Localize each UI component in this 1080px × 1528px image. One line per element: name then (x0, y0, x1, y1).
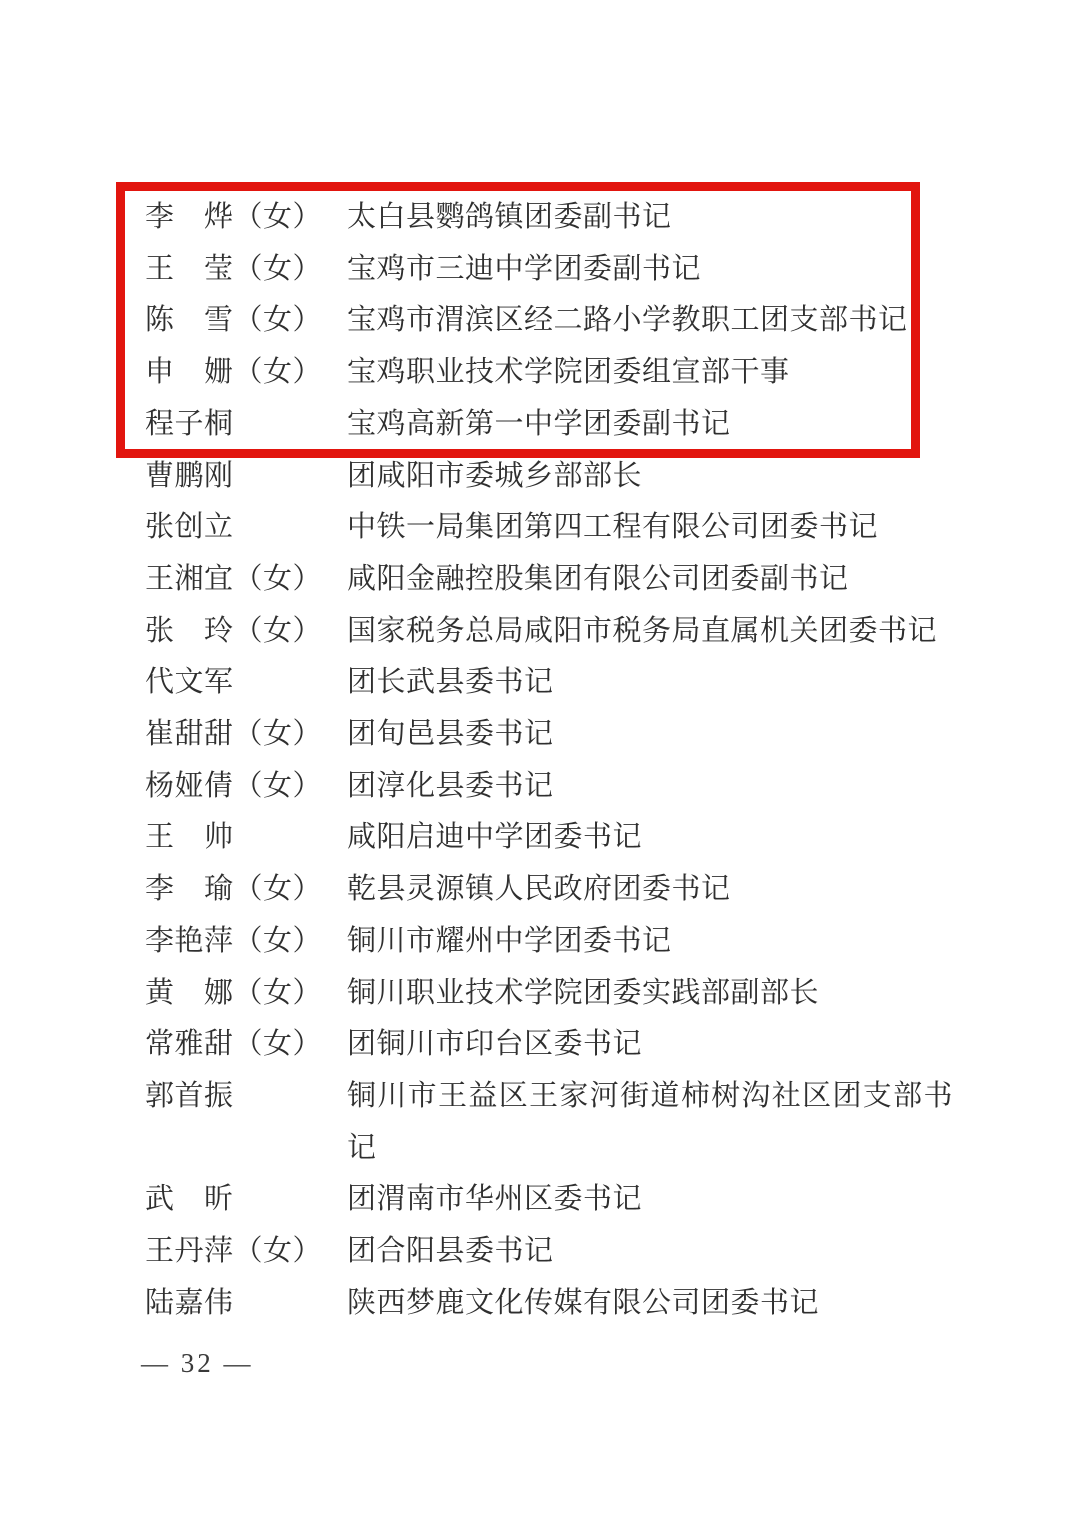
list-row: 王 莹（女） 宝鸡市三迪中学团委副书记 (145, 244, 960, 296)
person-position: 团长武县委书记 (347, 657, 953, 709)
person-name: 代文军 (145, 657, 347, 709)
list-row: 王湘宜（女） 咸阳金融控股集团有限公司团委副书记 (145, 554, 960, 606)
list-row: 程子桐 宝鸡高新第一中学团委副书记 (145, 399, 960, 451)
person-position: 咸阳金融控股集团有限公司团委副书记 (347, 554, 953, 606)
list-row: 陆嘉伟 陕西梦鹿文化传媒有限公司团委书记 (145, 1278, 960, 1330)
list-row: 黄 娜（女） 铜川职业技术学院团委实践部副部长 (145, 968, 960, 1020)
person-name: 王 帅 (145, 812, 347, 864)
person-position: 铜川市王益区王家河街道柿树沟社区团支部书记 (347, 1071, 953, 1174)
person-position: 铜川市耀州中学团委书记 (347, 916, 953, 968)
person-name: 常雅甜（女） (145, 1019, 347, 1071)
person-position: 陕西梦鹿文化传媒有限公司团委书记 (347, 1278, 953, 1330)
person-name: 王 莹（女） (145, 244, 347, 296)
list-row: 杨娅倩（女） 团淳化县委书记 (145, 761, 960, 813)
person-name: 陈 雪（女） (145, 295, 347, 347)
person-position: 团合阳县委书记 (347, 1226, 953, 1278)
list-row: 王 帅 咸阳启迪中学团委书记 (145, 812, 960, 864)
person-position: 国家税务总局咸阳市税务局直属机关团委书记 (347, 606, 953, 658)
document-page: 李 烨（女） 太白县鹦鸽镇团委副书记 王 莹（女） 宝鸡市三迪中学团委副书记 陈… (0, 0, 1080, 1528)
person-position: 中铁一局集团第四工程有限公司团委书记 (347, 502, 953, 554)
person-position: 团铜川市印台区委书记 (347, 1019, 953, 1071)
name-position-list: 李 烨（女） 太白县鹦鸽镇团委副书记 王 莹（女） 宝鸡市三迪中学团委副书记 陈… (145, 192, 960, 1329)
person-position: 团咸阳市委城乡部部长 (347, 451, 953, 503)
list-row: 陈 雪（女） 宝鸡市渭滨区经二路小学教职工团支部书记 (145, 295, 960, 347)
person-name: 杨娅倩（女） (145, 761, 347, 813)
person-position: 团旬邑县委书记 (347, 709, 953, 761)
person-position: 乾县灵源镇人民政府团委书记 (347, 864, 953, 916)
person-name: 李 烨（女） (145, 192, 347, 244)
list-row: 代文军 团长武县委书记 (145, 657, 960, 709)
list-row: 常雅甜（女） 团铜川市印台区委书记 (145, 1019, 960, 1071)
person-position: 宝鸡市渭滨区经二路小学教职工团支部书记 (347, 295, 953, 347)
person-position: 铜川职业技术学院团委实践部副部长 (347, 968, 953, 1020)
person-position: 团渭南市华州区委书记 (347, 1174, 953, 1226)
person-position: 宝鸡市三迪中学团委副书记 (347, 244, 953, 296)
person-name: 李 瑜（女） (145, 864, 347, 916)
person-name: 崔甜甜（女） (145, 709, 347, 761)
list-row: 李 烨（女） 太白县鹦鸽镇团委副书记 (145, 192, 960, 244)
person-name: 曹鹏刚 (145, 451, 347, 503)
person-name: 武 昕 (145, 1174, 347, 1226)
list-row: 李艳萍（女） 铜川市耀州中学团委书记 (145, 916, 960, 968)
list-row: 郭首振 铜川市王益区王家河街道柿树沟社区团支部书记 (145, 1071, 960, 1174)
person-name: 李艳萍（女） (145, 916, 347, 968)
person-name: 王丹萍（女） (145, 1226, 347, 1278)
person-position: 太白县鹦鸽镇团委副书记 (347, 192, 953, 244)
list-row: 张创立 中铁一局集团第四工程有限公司团委书记 (145, 502, 960, 554)
person-name: 张创立 (145, 502, 347, 554)
list-row: 张 玲（女） 国家税务总局咸阳市税务局直属机关团委书记 (145, 606, 960, 658)
list-row: 申 姗（女） 宝鸡职业技术学院团委组宣部干事 (145, 347, 960, 399)
person-position: 宝鸡高新第一中学团委副书记 (347, 399, 953, 451)
person-name: 黄 娜（女） (145, 968, 347, 1020)
page-number: — 32 — (141, 1348, 254, 1379)
person-position: 团淳化县委书记 (347, 761, 953, 813)
person-name: 郭首振 (145, 1071, 347, 1123)
list-row: 武 昕 团渭南市华州区委书记 (145, 1174, 960, 1226)
list-row: 崔甜甜（女） 团旬邑县委书记 (145, 709, 960, 761)
person-position: 咸阳启迪中学团委书记 (347, 812, 953, 864)
list-row: 王丹萍（女） 团合阳县委书记 (145, 1226, 960, 1278)
person-name: 王湘宜（女） (145, 554, 347, 606)
person-name: 申 姗（女） (145, 347, 347, 399)
person-name: 程子桐 (145, 399, 347, 451)
person-name: 张 玲（女） (145, 606, 347, 658)
person-name: 陆嘉伟 (145, 1278, 347, 1330)
person-position: 宝鸡职业技术学院团委组宣部干事 (347, 347, 953, 399)
list-row: 曹鹏刚 团咸阳市委城乡部部长 (145, 451, 960, 503)
list-row: 李 瑜（女） 乾县灵源镇人民政府团委书记 (145, 864, 960, 916)
